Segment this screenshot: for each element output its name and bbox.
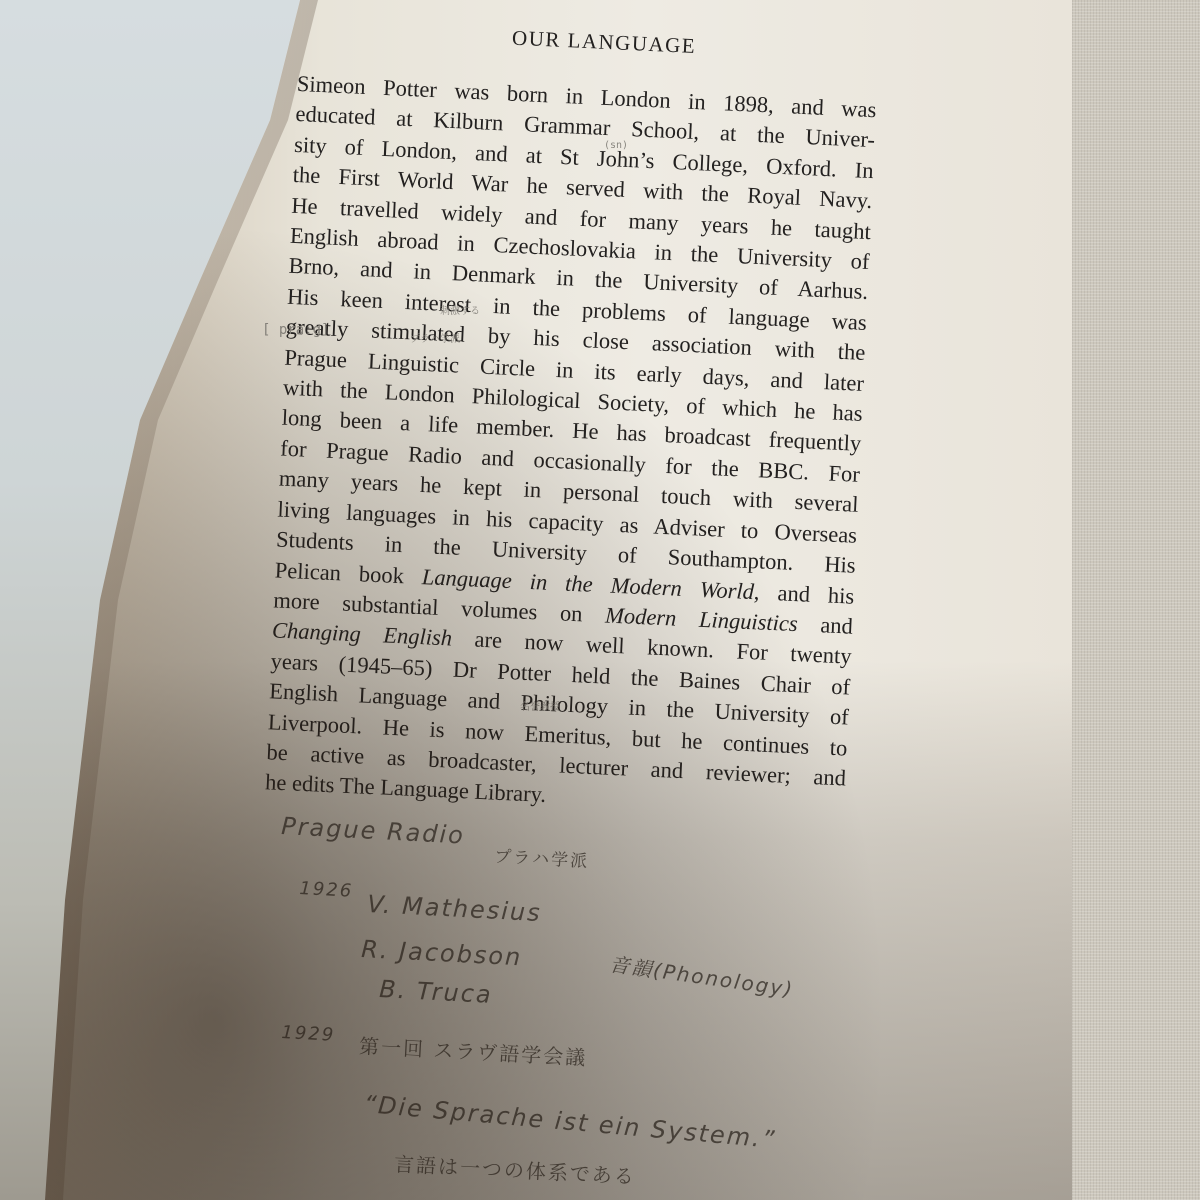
note-mathesius: V. Mathesius	[367, 890, 543, 927]
note-slavic-congress: 第一回 スラヴ語学会議	[358, 1030, 588, 1071]
line-text: and	[797, 611, 853, 638]
running-head: OUR LANGUAGE	[329, 17, 880, 67]
line-text: , and his	[753, 579, 854, 609]
note-jacobson: R. Jacobson	[361, 935, 523, 971]
served-annotation: (sn)	[604, 140, 628, 151]
note-prague-radio: Prague Radio	[281, 812, 466, 850]
prague-school-annotation: プラハ学派	[410, 330, 460, 345]
page-text-block: OUR LANGUAGE Simeon Potter was born in L…	[264, 16, 879, 824]
note-quote-jp: 言語は一つの体系である	[393, 1148, 636, 1190]
note-truca: B. Truca	[379, 975, 494, 1009]
note-prague-school-jp: プラハ学派	[494, 842, 590, 872]
pronunciation-annotation: [ pra:g]	[262, 322, 329, 338]
note-quote: “Die Sprache ist ein System.”	[363, 1090, 778, 1154]
book-title-italic: Changing English	[272, 618, 453, 651]
book-title-italic: Modern Linguistics	[605, 602, 799, 636]
note-year-1926: 1926	[299, 878, 354, 902]
stimulated-annotation: 刺激する	[440, 302, 480, 317]
note-year-1929: 1929	[281, 1022, 336, 1046]
line-text: Pelican book	[274, 557, 422, 589]
emeritus-annotation: 名誉教授	[520, 698, 560, 713]
note-phonology: 音韻(Phonology)	[608, 948, 796, 1003]
fabric-background	[1072, 0, 1200, 1200]
